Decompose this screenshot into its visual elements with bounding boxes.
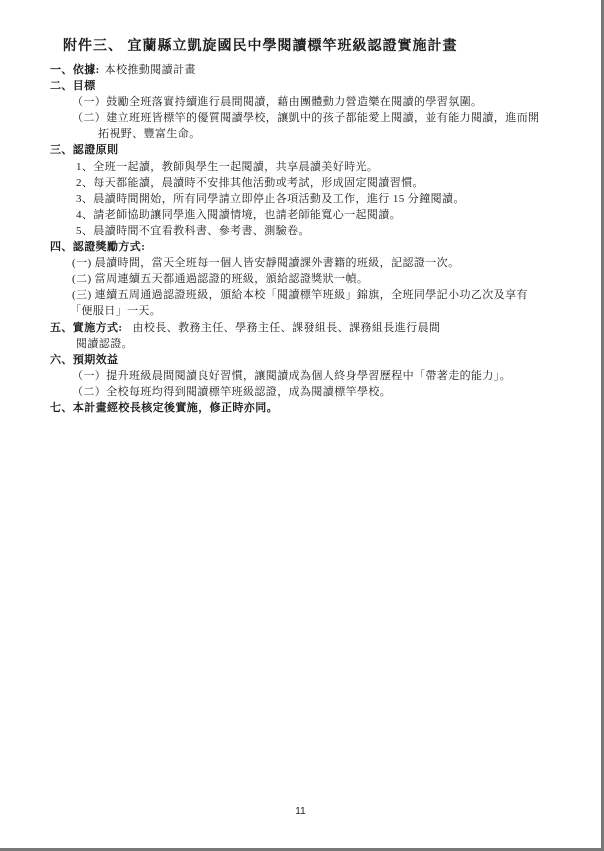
section-3-item-4: 4、請老師協助讓同學進入閱讀情境，也請老師能寬心一起閱讀。 <box>76 207 601 223</box>
section-3-heading: 三、認證原則 <box>50 142 601 158</box>
section-2-item-2-line-1: （二）建立班班皆標竿的優質閱讀學校，讓凱中的孩子都能愛上閱讀，並有能力閱讀，進而… <box>72 110 601 126</box>
section-5-implementation: 五、實施方式:由校長、教務主任、學務主任、課發組長、課務組長進行晨間 <box>50 320 601 336</box>
section-6-item-1: （一）提升班級晨間閱讀良好習慣，讓閱讀成為個人終身學習歷程中「帶著走的能力」。 <box>72 368 601 384</box>
section-4-heading: 四、認證獎勵方式: <box>50 239 601 255</box>
section-4-item-2: (二) 當周連續五天都通過認證的班級，頒給認證獎狀一幀。 <box>72 271 601 287</box>
section-3-item-5: 5、晨讀時間不宜看教科書、參考書、測驗卷。 <box>76 223 601 239</box>
section-1-basis: 一、依據:本校推動閱讀計畫 <box>50 62 601 78</box>
section-6-heading: 六、預期效益 <box>50 352 601 368</box>
section-3-item-2: 2、每天都能讀，晨讀時不安排其他活動或考試，形成固定閱讀習慣。 <box>76 175 601 191</box>
section-1-text: 本校推動閱讀計畫 <box>105 64 196 76</box>
section-1-heading: 一、依據: <box>50 64 100 76</box>
section-4-item-1: (一) 晨讀時間，當天全班每一個人皆安靜閱讀課外書籍的班級，記認證一次。 <box>72 255 601 271</box>
page-title: 附件三、 宜蘭縣立凱旋國民中學閱讀標竿班級認證實施計畫 <box>63 38 601 55</box>
section-2-item-1: （一）鼓勵全班落實持續進行晨間閱讀，藉由團體動力營造樂在閱讀的學習氛圍。 <box>72 94 601 110</box>
section-5-text-line-1: 由校長、教務主任、學務主任、課發組長、課務組長進行晨間 <box>132 322 440 334</box>
section-5-text-line-2: 閱讀認證。 <box>76 336 601 352</box>
section-7-heading: 七、本計畫經校長核定後實施，修正時亦同。 <box>50 400 601 416</box>
document-content: 附件三、 宜蘭縣立凱旋國民中學閱讀標竿班級認證實施計畫 一、依據:本校推動閱讀計… <box>0 0 601 416</box>
section-6-item-2: （二）全校每班均得到閱讀標竿班級認證，成為閱讀標竿學校。 <box>72 384 601 400</box>
page-number: 11 <box>0 806 601 817</box>
section-2-heading: 二、目標 <box>50 78 601 94</box>
section-3-item-3: 3、晨讀時間開始，所有同學請立即停止各項活動及工作，進行 15 分鐘閱讀。 <box>76 191 601 207</box>
section-2-item-2-line-2: 拓視野、豐富生命。 <box>98 126 601 142</box>
section-4-item-3-line-2: 「便服日」一天。 <box>70 303 601 319</box>
document-page: 附件三、 宜蘭縣立凱旋國民中學閱讀標竿班級認證實施計畫 一、依據:本校推動閱讀計… <box>0 0 604 851</box>
section-4-item-3-line-1: (三) 連續五周通過認證班級，頒給本校「閱讀標竿班級」錦旗，全班同學記小功乙次及… <box>72 287 601 303</box>
section-5-heading: 五、實施方式: <box>50 322 122 334</box>
section-3-item-1: 1、全班一起讀，教師與學生一起閱讀，共享晨讀美好時光。 <box>76 159 601 175</box>
